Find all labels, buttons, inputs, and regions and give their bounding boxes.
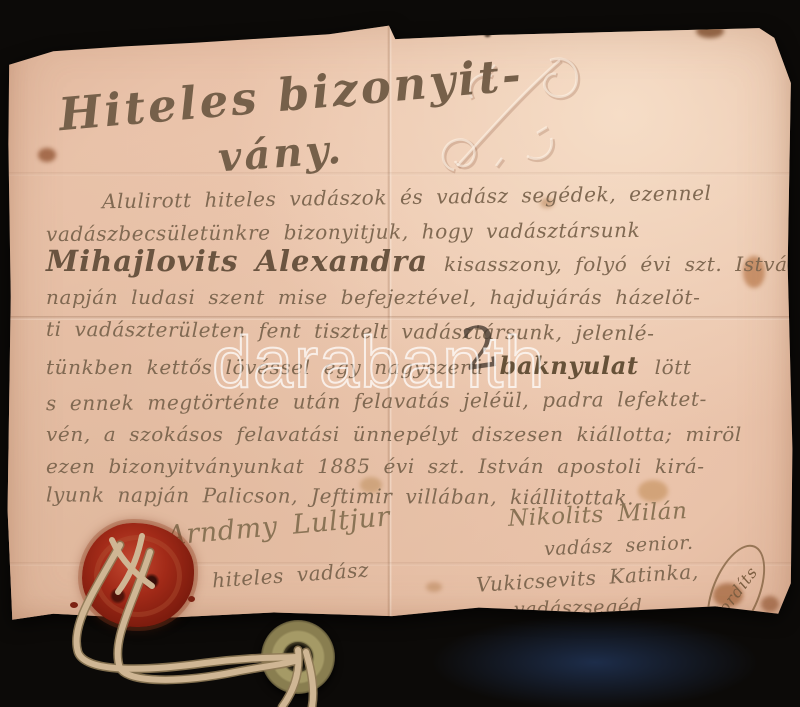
line-3-rest: kisasszony, folyó évi szt. István xyxy=(444,253,800,275)
document-title-line2: vány. xyxy=(217,126,346,182)
manuscript-line-4: napján ludasi szent mise befejeztével, h… xyxy=(46,286,700,308)
stain xyxy=(426,582,442,592)
stain xyxy=(696,24,724,38)
faint-crease xyxy=(6,172,794,176)
stain xyxy=(484,30,491,37)
wax-crumb xyxy=(188,596,195,602)
huntress-name: Mihajlovits Alexandra xyxy=(46,246,428,278)
manuscript-line-8: vén, a szokásos felavatási ünnepélyt dis… xyxy=(46,423,742,445)
stain xyxy=(38,148,56,162)
manuscript-line-1: Alulirott hiteles vadászok és vadász seg… xyxy=(102,182,712,213)
stain xyxy=(206,33,212,39)
signature-right-name-1: Nikolits Milán xyxy=(508,499,688,532)
title-text: vány. xyxy=(217,126,346,182)
stain xyxy=(472,24,481,33)
manuscript-line-3: Mihajlovits Alexandra kisasszony, folyó … xyxy=(46,246,800,278)
signature-left-name: Arndmy Lultjur xyxy=(165,502,391,551)
turn-over-note: fordíts xyxy=(695,537,777,648)
stain xyxy=(761,596,779,612)
wax-crumb xyxy=(70,602,78,608)
photo-of-certificate: Hiteles bizonyit- vány. Alulirott hitele… xyxy=(0,0,800,707)
manuscript-line-2: vadászbecsületünkre bizonyitjuk, hogy va… xyxy=(46,219,640,245)
wax-seal xyxy=(82,523,194,627)
wax-crumb xyxy=(120,622,130,628)
stain xyxy=(156,26,174,38)
manuscript-line-9: ezen bizonyitványunkat 1885 évi szt. Ist… xyxy=(46,455,705,477)
signature-right-title-2: vadászsegéd xyxy=(514,596,643,620)
turn-over-text: fordíts xyxy=(710,562,761,622)
signature-right-title-1: vadász senior. xyxy=(544,533,694,560)
line-6-post: lött xyxy=(655,356,692,378)
brass-grommet xyxy=(261,620,335,694)
watermark-overlay: darabanth xyxy=(212,322,545,404)
